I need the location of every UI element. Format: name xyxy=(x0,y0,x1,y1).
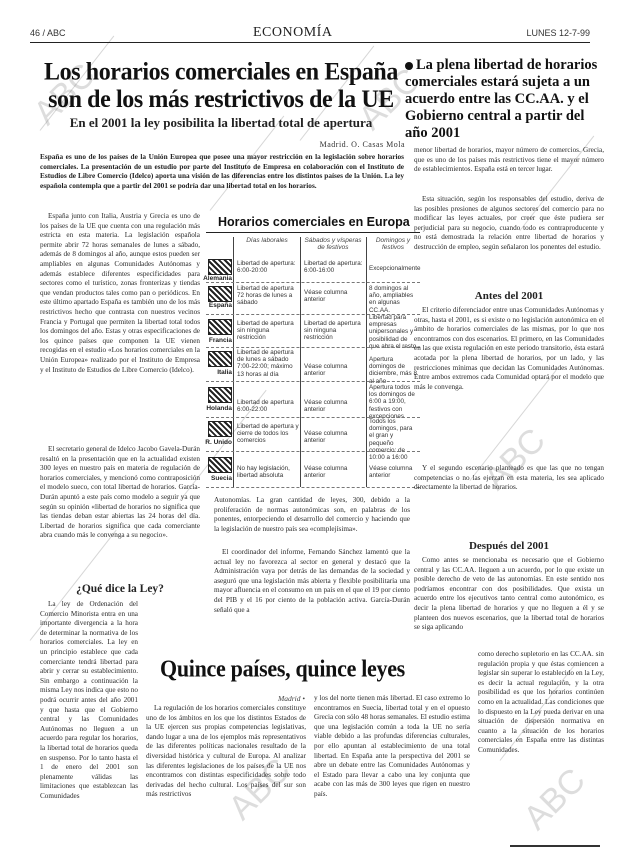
cell-weekdays: Libertad de apertura: 6:00-20:00 xyxy=(237,260,299,274)
section-heading-despues: Después del 2001 xyxy=(414,540,604,552)
byline: Madrid. O. Casas Mola xyxy=(290,140,405,149)
divider xyxy=(206,381,420,382)
right-column-p1: menor libertad de horarios, mayor número… xyxy=(414,146,604,175)
headline: Los horarios comerciales en España son d… xyxy=(38,59,404,114)
divider xyxy=(206,487,420,488)
bullet-icon xyxy=(405,62,413,70)
table-title: Horarios comerciales en Europa xyxy=(218,215,418,229)
page-number: 46 / ABC xyxy=(30,28,66,38)
country-label: España xyxy=(200,302,232,309)
flag-icon xyxy=(208,319,232,335)
divider xyxy=(206,347,420,348)
cell-sundays: Todos los domingos, para el gran y peque… xyxy=(369,418,419,461)
watermark: ABC xyxy=(516,761,593,838)
country-label: Italia xyxy=(200,369,232,376)
column-header-sundays: Domingos y festivos xyxy=(366,237,420,251)
flag-icon xyxy=(208,457,232,473)
issue-date: LUNES 12-7-99 xyxy=(526,28,590,38)
cell-sundays: Apertura todos los domingos de 6:00 a 19… xyxy=(369,384,419,420)
right-column-p2: Esta situación, según los responsables d… xyxy=(414,195,604,253)
quince-col1: La regulación de los horarios comerciale… xyxy=(146,704,306,800)
secondary-headline: Quince países, quince leyes xyxy=(140,655,425,684)
divider xyxy=(206,282,420,283)
flag-icon xyxy=(208,351,232,367)
divider xyxy=(206,232,420,233)
column-header-saturdays: Sábados y vísperas de festivos xyxy=(302,237,364,251)
cell-saturdays: Libertad de apertura: 6:00-16:00 xyxy=(304,260,364,274)
country-label: Holanda xyxy=(200,405,232,412)
flag-icon xyxy=(208,387,232,403)
section-heading-antes: Antes del 2001 xyxy=(414,290,604,302)
cell-saturdays: Véase columna anterior xyxy=(304,430,364,444)
cell-sundays: Excepcionalmente xyxy=(369,265,419,272)
divider xyxy=(510,845,600,847)
cell-weekdays: Libertad de apertura sin ninguna restric… xyxy=(237,320,299,342)
cell-weekdays: No hay legislación, libertad absoluta xyxy=(237,465,299,479)
ley-text: La ley de Ordenación del Comercio Minori… xyxy=(40,600,138,801)
divider xyxy=(233,237,234,487)
flag-icon xyxy=(208,421,232,437)
pull-quote-text: La plena libertad de horarios comerciale… xyxy=(405,57,597,141)
subheadline: En el 2001 la ley posibilita la libertad… xyxy=(40,115,402,131)
cell-sundays: Véase columna anterior xyxy=(369,465,419,479)
cell-weekdays: Libertad de apertura y cierre de todos l… xyxy=(237,423,299,445)
cell-saturdays: Libertad de apertura sin ninguna restric… xyxy=(304,320,364,342)
column1-p1: España junto con Italia, Austria y Greci… xyxy=(40,212,200,375)
antes-text: El criterio diferenciador entre unas Com… xyxy=(414,306,604,392)
quince-col2: y los del norte tienen más libertad. El … xyxy=(314,694,470,800)
country-label: Alemania xyxy=(200,275,232,282)
cell-saturdays: Véase columna anterior xyxy=(304,465,364,479)
cell-sundays: 8 domingos al año, ampliables en algunas… xyxy=(369,285,419,314)
country-label: Francia xyxy=(200,337,232,344)
cell-saturdays: Véase columna anterior xyxy=(304,399,364,413)
cell-weekdays: Libertad de apertura de lunes a sábado 7… xyxy=(237,349,299,378)
section-heading-ley: ¿Qué dice la Ley? xyxy=(40,583,200,595)
column-header-weekdays: Días laborales xyxy=(236,237,298,244)
flag-icon xyxy=(208,259,232,275)
country-label: Suecia xyxy=(200,475,232,482)
page-header: 46 / ABC ECONOMÍA LUNES 12-7-99 xyxy=(30,26,590,43)
column2-p2: El coordinador del informe, Fernando Sán… xyxy=(214,548,410,615)
cell-weekdays: Libertad de apertura 72 horas de lunes a… xyxy=(237,285,299,307)
despues-text: Como antes se mencionaba es necesario qu… xyxy=(414,556,604,633)
pull-quote: La plena libertad de horarios comerciale… xyxy=(405,57,605,142)
divider xyxy=(206,451,420,452)
divider xyxy=(300,237,301,487)
cell-sundays: Libertad para empresas unipersonales y p… xyxy=(369,314,419,350)
country-label: R. Unido xyxy=(200,439,232,446)
cell-weekdays: Libertad de apertura 6:00-22:00 xyxy=(237,399,299,413)
section-title: ECONOMÍA xyxy=(253,25,332,41)
column2-p1: Autonomías. La gran cantidad de leyes, 3… xyxy=(214,496,410,534)
schedule-table: Horarios comerciales en Europa Días labo… xyxy=(206,213,420,488)
lead-paragraph: España es uno de los países de la Unión … xyxy=(40,152,404,190)
despues-text-2: como derecho supletorio en las CC.AA. si… xyxy=(478,650,604,756)
antes-text-2: Y el segundo escenario planteado es que … xyxy=(414,464,604,493)
column1-p2: El secretario general de Idelco Jacobo G… xyxy=(40,445,200,541)
cell-saturdays: Véase columna anterior xyxy=(304,363,364,377)
cell-saturdays: Véase columna anterior xyxy=(304,289,364,303)
flag-icon xyxy=(208,286,232,302)
divider xyxy=(366,237,367,487)
dateline: Madrid • xyxy=(255,694,305,703)
